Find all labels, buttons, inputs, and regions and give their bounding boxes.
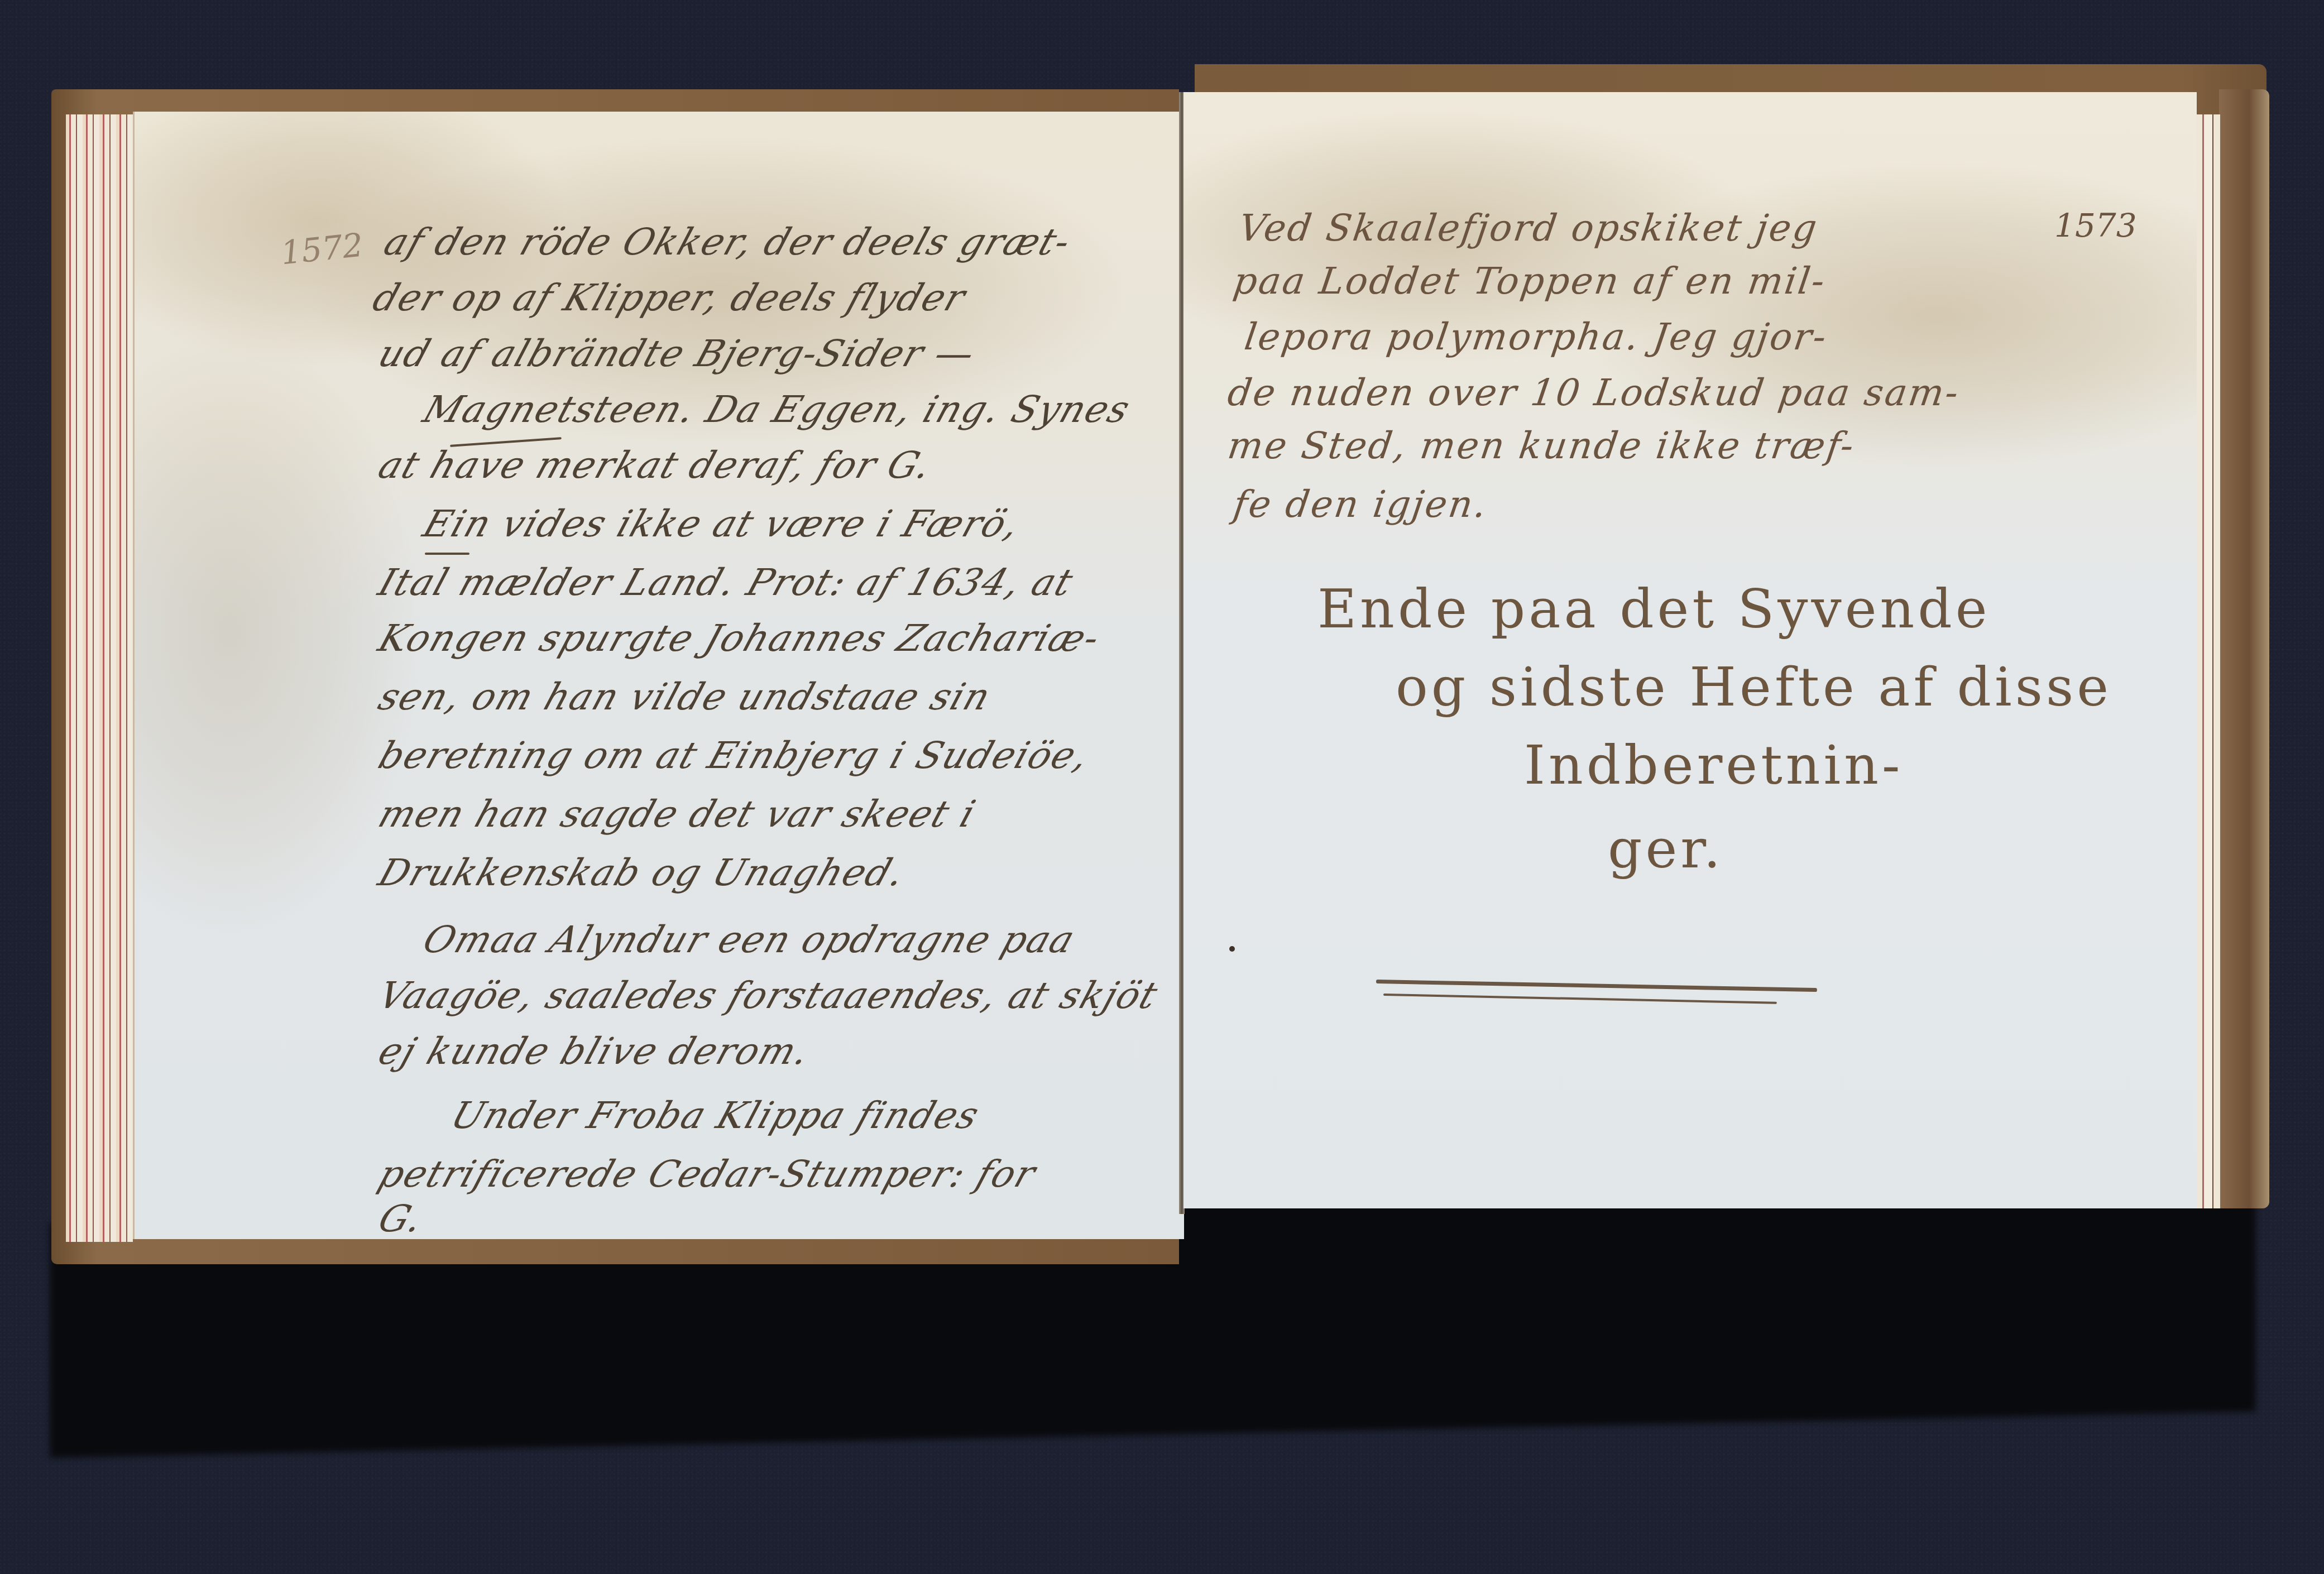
text-line: Vaagöe, saaledes forstaaendes, at skjöt [373, 974, 1163, 1017]
text-line: petrificerede Cedar-Stumper: for [373, 1153, 1042, 1196]
text-line: der op af Klipper, deels flyder [367, 276, 971, 319]
text-line: beretning om at Einbjerg i Sudeiöe, [373, 734, 1095, 777]
right-page: 1573 Ved Skaalefjord opskiket jeg paa Lo… [1183, 92, 2197, 1208]
text-line: Under Froba Klippa findes [445, 1094, 985, 1137]
text-line: G. [373, 1197, 429, 1239]
text-line: ej kunde blive derom. [373, 1030, 816, 1073]
colophon-line: Ende paa det Syvende [1317, 578, 1991, 640]
left-page: 1572 af den röde Okker, der deels græt- … [133, 112, 1184, 1239]
text-line: Ein vides ikke at være i Færö, [418, 502, 1026, 545]
water-stain [133, 324, 425, 938]
leather-cover-right-edge [2219, 89, 2269, 1208]
underline-mark [425, 553, 469, 555]
ink-spot [1229, 946, 1235, 952]
text-line: sen, om han vilde undstaae sin [373, 675, 996, 718]
text-line: Ital mælder Land. Prot: af 1634, at [373, 561, 1079, 604]
closing-colophon: Ende paa det Syvende og sidste Hefte af … [1183, 92, 2197, 1041]
text-line: af den röde Okker, der deels græt- [378, 220, 1076, 263]
text-line: men han sagde det var skeet i [373, 793, 981, 836]
page-edges-left [66, 114, 133, 1242]
left-page-text: af den röde Okker, der deels græt- der o… [386, 112, 1167, 1228]
colophon-line: og sidste Hefte af disse [1396, 656, 2112, 718]
page-edges-right [2197, 114, 2220, 1208]
open-book: 1572 af den röde Okker, der deels græt- … [0, 0, 2324, 1574]
folio-number-left: 1572 [279, 225, 365, 272]
text-line: Magnetsteen. Da Eggen, ing. Synes [418, 388, 1135, 431]
text-line: Drukkenskab og Unaghed. [373, 851, 911, 894]
colophon-line: ger. [1608, 818, 1724, 880]
text-line: at have merkat deraf, for G. [373, 444, 937, 487]
colophon-line: Indberetnin- [1524, 734, 1904, 796]
text-line: Kongen spurgte Johannes Zachariæ- [373, 617, 1106, 660]
text-line: ud af albrändte Bjerg-Sider — [373, 332, 981, 375]
text-line: Omaa Alyndur een opdragne paa [418, 918, 1081, 961]
